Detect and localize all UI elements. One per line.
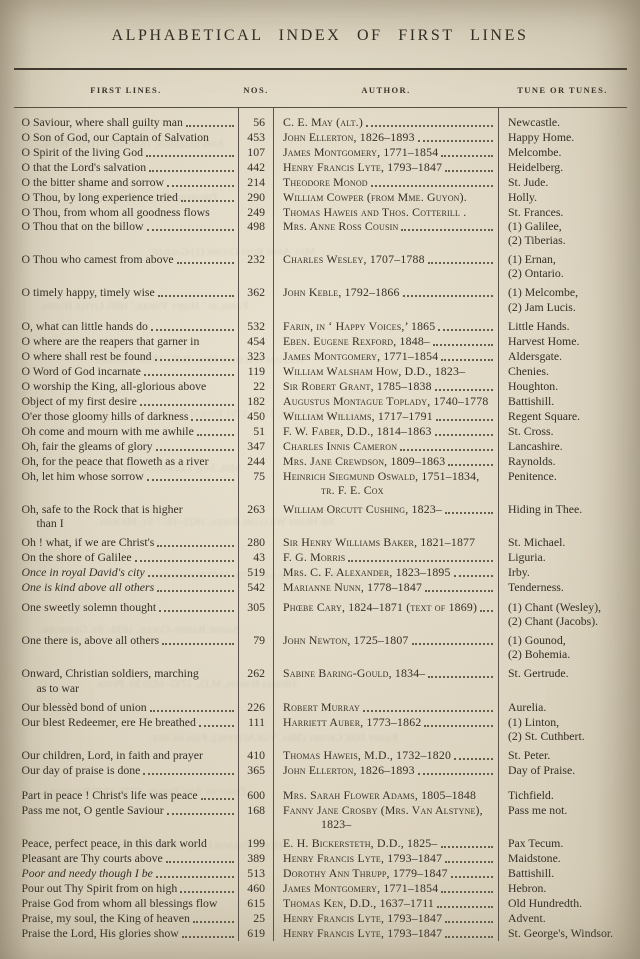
author-text: Robert Murray xyxy=(283,700,360,714)
author-cell: James Montgomery, 1771–1854 xyxy=(274,145,499,160)
leader-dots xyxy=(150,700,234,712)
first-line-cell: Once in royal David's city xyxy=(14,565,239,580)
index-row: One is kind above all others542Marianne … xyxy=(14,580,627,595)
hymn-number-cell: 323 xyxy=(239,349,274,364)
tune-name: (1) Galilee, xyxy=(508,219,627,233)
tune-name: Little Hands. xyxy=(508,319,627,333)
first-line-text: Oh, let him whose sorrow xyxy=(22,469,144,483)
tune-cell: St. Peter. xyxy=(499,743,627,763)
author-text: Harriett Auber, 1773–1862 xyxy=(283,715,421,729)
leader-dots xyxy=(445,160,493,172)
first-line-cell: O Son of God, our Captain of Salvation xyxy=(14,130,239,145)
tune-cell: Irby. xyxy=(499,565,627,580)
author-cell: William Williams, 1717–1791 xyxy=(274,409,499,424)
tune-cell: Tichfield. xyxy=(499,778,627,803)
leader-dots xyxy=(166,851,234,863)
hymn-number-cell: 600 xyxy=(239,778,274,803)
author-cell: Farin, in ‘ Happy Voices,’ 1865 xyxy=(274,314,499,334)
leader-dots xyxy=(451,866,493,878)
hymn-number-cell: 56 xyxy=(239,108,274,131)
first-line-cell: O Saviour, where shall guilty man xyxy=(14,108,239,131)
hymn-number-cell: 410 xyxy=(239,743,274,763)
index-row: Oh come and mourn with me awhile51F. W. … xyxy=(14,424,627,439)
first-line-text: Our day of praise is done xyxy=(22,763,141,777)
author-cell: Thomas Haweis and Thos. Cotterill . xyxy=(274,205,499,219)
index-row: O'er those gloomy hills of darkness450Wi… xyxy=(14,409,627,424)
first-line-text: O Word of God incarnate xyxy=(22,364,141,378)
tune-name: (2) Bohemia. xyxy=(508,647,627,661)
leader-dots xyxy=(149,160,234,172)
tune-name: St. Peter. xyxy=(508,748,627,762)
first-line-cell: O Thou that on the billow xyxy=(14,219,239,247)
first-line-cell: Oh ! what, if we are Christ's xyxy=(14,530,239,550)
tune-name: Tenderness. xyxy=(508,580,627,594)
author-text: Charles Innis Cameron xyxy=(283,439,397,453)
leader-dots xyxy=(151,319,234,331)
index-row: One there is, above all others79John New… xyxy=(14,628,627,661)
index-row: Once in royal David's city519Mrs. C. F. … xyxy=(14,565,627,580)
author-cell: Augustus Montague Toplady, 1740–1778 xyxy=(274,394,499,409)
author-cell: John Ellerton, 1826–1893 xyxy=(274,130,499,145)
leader-dots xyxy=(400,439,493,451)
first-line-text: On the shore of Galilee xyxy=(22,550,132,564)
leader-dots xyxy=(186,115,234,127)
author-text: F. G. Morris xyxy=(283,550,345,564)
index-row: O where are the reapers that garner in45… xyxy=(14,334,627,349)
author-cell: James Montgomery, 1771–1854 xyxy=(274,349,499,364)
hymn-number-cell: 454 xyxy=(239,334,274,349)
tune-cell: Aldersgate. xyxy=(499,349,627,364)
author-cell: John Newton, 1725–1807 xyxy=(274,628,499,661)
tune-name: Aurelia. xyxy=(508,700,627,714)
hymn-number-cell: 450 xyxy=(239,409,274,424)
column-header-author: AUTHOR. xyxy=(274,69,499,108)
tune-name: Old Hundredth. xyxy=(508,896,627,910)
first-line-text: Oh ! what, if we are Christ's xyxy=(22,535,155,549)
tune-cell: St. George's, Windsor. xyxy=(499,926,627,941)
tune-cell: Battishill. xyxy=(499,394,627,409)
leader-dots xyxy=(180,881,234,893)
tune-name: Pass me not. xyxy=(508,803,627,817)
author-text: William Williams, 1717–1791 xyxy=(283,409,433,423)
leader-dots xyxy=(181,190,234,202)
column-header-first-lines: FIRST LINES. xyxy=(14,69,239,108)
index-row: O Thou that on the billow498Mrs. Anne Ro… xyxy=(14,219,627,247)
author-text: John Ellerton, 1826–1893 xyxy=(283,763,415,777)
author-cell: John Ellerton, 1826–1893 xyxy=(274,763,499,778)
tune-name: Battishill. xyxy=(508,394,627,408)
first-line-cell: Poor and needy though I be xyxy=(14,866,239,881)
first-line-cell: Our blessèd bond of union xyxy=(14,695,239,715)
index-row: O Thou, from whom all goodness flows249T… xyxy=(14,205,627,219)
index-row: O timely happy, timely wise362John Keble… xyxy=(14,280,627,313)
index-row: Our day of praise is done365John Ellerto… xyxy=(14,763,627,778)
hymn-number-cell: 532 xyxy=(239,314,274,334)
first-line-cell: Praise the Lord, His glories show xyxy=(14,926,239,941)
author-cell: John Keble, 1792–1866 xyxy=(274,280,499,313)
leader-dots xyxy=(197,424,234,436)
author-cell: Thomas Ken, D.D., 1637–1711 xyxy=(274,896,499,911)
author-text: Fanny Jane Crosby (Mrs. Van Alstyne), xyxy=(283,803,483,817)
author-cell: Mrs. Jane Crewdson, 1809–1863 xyxy=(274,454,499,469)
header-row: FIRST LINES. NOS. AUTHOR. TUNE OR TUNES. xyxy=(14,69,627,108)
author-text: Henry Francis Lyte, 1793–1847 xyxy=(283,911,442,925)
first-line-cell: Our blest Redeemer, ere He breathed xyxy=(14,715,239,743)
first-line-cell: Oh, safe to the Rock that is higherthan … xyxy=(14,497,239,530)
author-text: Thomas Haweis and Thos. Cotterill . xyxy=(283,205,466,219)
index-row: O Saviour, where shall guilty man56C. E.… xyxy=(14,108,627,131)
first-line-text: Object of my first desire xyxy=(22,394,137,408)
index-row: Part in peace ! Christ's life was peace6… xyxy=(14,778,627,803)
tune-name: Regent Square. xyxy=(508,409,627,423)
first-line-text: O where are the reapers that garner in xyxy=(22,334,200,348)
tune-name: Raynolds. xyxy=(508,454,627,468)
first-line-text: O Spirit of the living God xyxy=(22,145,144,159)
tune-name: (2) St. Cuthbert. xyxy=(508,729,627,743)
author-cell: Mrs. Anne Ross Cousin xyxy=(274,219,499,247)
leader-dots xyxy=(201,788,234,800)
hymn-number-cell: 168 xyxy=(239,803,274,831)
author-cell: Robert Murray xyxy=(274,695,499,715)
leader-dots xyxy=(435,379,493,391)
author-text: Charles Wesley, 1707–1788 xyxy=(283,252,425,266)
leader-dots xyxy=(445,926,493,938)
index-table-body: O Saviour, where shall guilty man56C. E.… xyxy=(14,108,627,941)
tune-cell: Maidstone. xyxy=(499,851,627,866)
first-line-cell: One sweetly solemn thought xyxy=(14,595,239,628)
index-row: Oh, let him whose sorrow75Heinrich Siegm… xyxy=(14,469,627,497)
first-line-text: Praise the Lord, His glories show xyxy=(22,926,179,940)
tune-name: St. Cross. xyxy=(508,424,627,438)
leader-dots xyxy=(162,633,234,645)
leader-dots xyxy=(363,700,493,712)
tune-name: Lancashire. xyxy=(508,439,627,453)
index-row: O Spirit of the living God107James Montg… xyxy=(14,145,627,160)
first-line-text: Part in peace ! Christ's life was peace xyxy=(22,788,198,802)
first-line-cell: Praise, my soul, the King of heaven xyxy=(14,911,239,926)
author-text: Augustus Montague Toplady, 1740–1778 xyxy=(283,394,488,408)
first-line-cell: Oh, for the peace that floweth as a rive… xyxy=(14,454,239,469)
hymn-number-cell: 25 xyxy=(239,911,274,926)
author-text: Sabine Baring-Gould, 1834– xyxy=(283,666,425,680)
leader-dots xyxy=(177,252,234,264)
first-line-text: O'er those gloomy hills of darkness xyxy=(22,409,189,423)
author-text: Mrs. C. F. Alexander, 1823–1895 xyxy=(283,565,451,579)
tune-cell: St. Michael. xyxy=(499,530,627,550)
tune-name: Holly. xyxy=(508,190,627,204)
tune-name: (2) Tiberias. xyxy=(508,233,627,247)
tune-cell: Chenies. xyxy=(499,364,627,379)
leader-dots xyxy=(480,600,493,612)
index-row: O Thou, by long experience tried290Willi… xyxy=(14,190,627,205)
hymn-number-cell: 262 xyxy=(239,661,274,694)
hymn-number-cell: 365 xyxy=(239,763,274,778)
leader-dots xyxy=(428,252,493,264)
first-line-text: Our blessèd bond of union xyxy=(22,700,147,714)
first-line-cell: On the shore of Galilee xyxy=(14,550,239,565)
tune-name: Penitence. xyxy=(508,469,627,483)
tune-name: Melcombe. xyxy=(508,145,627,159)
leader-dots xyxy=(140,394,234,406)
hymn-number-cell: 347 xyxy=(239,439,274,454)
first-line-cell: O timely happy, timely wise xyxy=(14,280,239,313)
first-line-cell: Oh come and mourn with me awhile xyxy=(14,424,239,439)
first-line-text: Once in royal David's city xyxy=(22,565,145,579)
author-cell: F. G. Morris xyxy=(274,550,499,565)
first-line-text: Pleasant are Thy courts above xyxy=(22,851,163,865)
index-row: Oh, safe to the Rock that is higherthan … xyxy=(14,497,627,530)
tune-cell: Happy Home. xyxy=(499,130,627,145)
tune-cell: Advent. xyxy=(499,911,627,926)
leader-dots xyxy=(157,535,234,547)
tune-name: Hiding in Thee. xyxy=(508,502,627,516)
hymn-number-cell: 442 xyxy=(239,160,274,175)
tune-cell: Melcombe. xyxy=(499,145,627,160)
hymn-number-cell: 226 xyxy=(239,695,274,715)
index-row: O where shall rest be found323James Mont… xyxy=(14,349,627,364)
tune-name: (1) Ernan, xyxy=(508,252,627,266)
tune-cell: Day of Praise. xyxy=(499,763,627,778)
hymn-number-cell: 453 xyxy=(239,130,274,145)
leader-dots xyxy=(433,334,493,346)
index-row: Our blessèd bond of union226Robert Murra… xyxy=(14,695,627,715)
leader-dots xyxy=(167,175,234,187)
hymn-number-cell: 79 xyxy=(239,628,274,661)
index-row: O the bitter shame and sorrow214Theodore… xyxy=(14,175,627,190)
tune-name: (2) Chant (Jacobs). xyxy=(508,614,627,628)
first-line-text: Praise God from whom all blessings flow xyxy=(22,896,218,910)
first-line-text: Pass me not, O gentle Saviour xyxy=(22,803,164,817)
index-row: Onward, Christian soldiers, marchingas t… xyxy=(14,661,627,694)
first-line-cell: Object of my first desire xyxy=(14,394,239,409)
first-line-cell: O Thou, by long experience tried xyxy=(14,190,239,205)
leader-dots xyxy=(448,454,493,466)
first-line-cell: Onward, Christian soldiers, marchingas t… xyxy=(14,661,239,694)
first-line-cell: Praise God from whom all blessings flow xyxy=(14,896,239,911)
leader-dots xyxy=(441,145,493,157)
leader-dots xyxy=(199,715,234,727)
author-text: William Walsham How, D.D., 1823– xyxy=(283,364,465,378)
tune-name: (1) Linton, xyxy=(508,715,627,729)
tune-cell: Hiding in Thee. xyxy=(499,497,627,530)
tune-name: Battishill. xyxy=(508,866,627,880)
first-line-cell: O the bitter shame and sorrow xyxy=(14,175,239,190)
tune-cell: (1) Melcombe,(2) Jam Lucis. xyxy=(499,280,627,313)
hymn-number-cell: 119 xyxy=(239,364,274,379)
index-row: Praise, my soul, the King of heaven25Hen… xyxy=(14,911,627,926)
leader-dots xyxy=(156,439,234,451)
author-continuation: tr. F. E. Cox xyxy=(283,483,494,497)
hymn-number-cell: 542 xyxy=(239,580,274,595)
tune-cell: Lancashire. xyxy=(499,439,627,454)
author-text: C. E. May (alt.) xyxy=(283,115,363,129)
tune-name: Day of Praise. xyxy=(508,763,627,777)
tune-name: Newcastle. xyxy=(508,115,627,129)
author-cell: James Montgomery, 1771–1854 xyxy=(274,881,499,896)
author-text: John Newton, 1725–1807 xyxy=(283,633,409,647)
index-row: O Thou who camest from above232Charles W… xyxy=(14,247,627,280)
first-line-text: Onward, Christian soldiers, marching xyxy=(22,666,199,680)
tune-name: St. Frances. xyxy=(508,205,627,219)
index-table: FIRST LINES. NOS. AUTHOR. TUNE OR TUNES.… xyxy=(14,68,627,941)
author-cell: Henry Francis Lyte, 1793–1847 xyxy=(274,926,499,941)
hymn-number-cell: 214 xyxy=(239,175,274,190)
author-cell: Mrs. C. F. Alexander, 1823–1895 xyxy=(274,565,499,580)
hymn-number-cell: 513 xyxy=(239,866,274,881)
index-row: Our children, Lord, in faith and prayer4… xyxy=(14,743,627,763)
tune-cell: St. Cross. xyxy=(499,424,627,439)
first-line-text: One there is, above all others xyxy=(22,633,160,647)
hymn-number-cell: 389 xyxy=(239,851,274,866)
tune-name: St. Gertrude. xyxy=(508,666,627,680)
hymn-number-cell: 498 xyxy=(239,219,274,247)
leader-dots xyxy=(147,469,234,481)
author-text: Mrs. Sarah Flower Adams, 1805–1848 xyxy=(283,788,476,802)
author-cell: E. H. Bickersteth, D.D., 1825– xyxy=(274,831,499,851)
hymn-number-cell: 305 xyxy=(239,595,274,628)
tune-cell: Holly. xyxy=(499,190,627,205)
leader-dots xyxy=(436,409,493,421)
index-row: O Son of God, our Captain of Salvation45… xyxy=(14,130,627,145)
tune-cell: Tenderness. xyxy=(499,580,627,595)
author-text: Thomas Haweis, M.D., 1732–1820 xyxy=(283,748,451,762)
tune-cell: Harvest Home. xyxy=(499,334,627,349)
leader-dots xyxy=(143,763,234,775)
author-text: Farin, in ‘ Happy Voices,’ 1865 xyxy=(283,319,435,333)
index-row: Oh ! what, if we are Christ's280Sir Henr… xyxy=(14,530,627,550)
first-line-cell: Pour out Thy Spirit from on high xyxy=(14,881,239,896)
tune-cell: Raynolds. xyxy=(499,454,627,469)
tune-cell: Old Hundredth. xyxy=(499,896,627,911)
author-cell: Theodore Monod xyxy=(274,175,499,190)
author-text: Mrs. Jane Crewdson, 1809–1863 xyxy=(283,454,445,468)
leader-dots xyxy=(348,550,493,562)
tune-name: Pax Tecum. xyxy=(508,836,627,850)
tune-name: (1) Gounod, xyxy=(508,633,627,647)
tune-cell: St. Jude. xyxy=(499,175,627,190)
first-line-text: O worship the King, all-glorious above xyxy=(22,379,207,393)
first-line-text: Oh, safe to the Rock that is higher xyxy=(22,502,183,516)
leader-dots xyxy=(445,911,493,923)
author-text: Sir Robert Grant, 1785–1838 xyxy=(283,379,432,393)
leader-dots xyxy=(157,580,234,592)
author-text: Mrs. Anne Ross Cousin xyxy=(283,219,398,233)
leader-dots xyxy=(438,319,493,331)
tune-cell: (1) Ernan,(2) Ontario. xyxy=(499,247,627,280)
tune-name: St. Jude. xyxy=(508,175,627,189)
first-line-cell: O Thou, from whom all goodness flows xyxy=(14,205,239,219)
author-text: E. H. Bickersteth, D.D., 1825– xyxy=(283,836,438,850)
tune-name: (1) Melcombe, xyxy=(508,285,627,299)
index-row: Object of my first desire182Augustus Mon… xyxy=(14,394,627,409)
leader-dots xyxy=(148,565,234,577)
first-line-text: O Thou who camest from above xyxy=(22,252,174,266)
first-line-text: Oh, for the peace that floweth as a rive… xyxy=(22,454,209,468)
first-line-cell: Our children, Lord, in faith and prayer xyxy=(14,743,239,763)
first-line-text: Oh, fair the gleams of glory xyxy=(22,439,153,453)
first-line-text: O Thou, from whom all goodness flows xyxy=(22,205,210,219)
tune-name: Happy Home. xyxy=(508,130,627,144)
leader-dots xyxy=(437,896,493,908)
leader-dots xyxy=(403,285,493,297)
tune-cell: Newcastle. xyxy=(499,108,627,131)
leader-dots xyxy=(146,145,234,157)
hymn-number-cell: 249 xyxy=(239,205,274,219)
leader-dots xyxy=(147,219,234,231)
leader-dots xyxy=(418,763,493,775)
first-line-text: O Thou, by long experience tried xyxy=(22,190,178,204)
tune-cell: Penitence. xyxy=(499,469,627,497)
tune-cell: Hebron. xyxy=(499,881,627,896)
leader-dots xyxy=(412,633,493,645)
tune-cell: Aurelia. xyxy=(499,695,627,715)
leader-dots xyxy=(191,409,234,421)
hymn-number-cell: 460 xyxy=(239,881,274,896)
tune-cell: (1) Galilee,(2) Tiberias. xyxy=(499,219,627,247)
author-cell: Henry Francis Lyte, 1793–1847 xyxy=(274,911,499,926)
first-line-text: Oh come and mourn with me awhile xyxy=(22,424,194,438)
tune-cell: St. Frances. xyxy=(499,205,627,219)
author-text: Theodore Monod xyxy=(283,175,368,189)
first-line-text: O where shall rest be found xyxy=(22,349,152,363)
hymn-number-cell: 619 xyxy=(239,926,274,941)
first-line-text: Peace, perfect peace, in this dark world xyxy=(22,836,207,850)
author-continuation: 1823– xyxy=(283,817,494,831)
leader-dots xyxy=(159,600,234,612)
tune-name: St. George's, Windsor. xyxy=(508,926,627,940)
hymn-number-cell: 111 xyxy=(239,715,274,743)
first-line-cell: Our day of praise is done xyxy=(14,763,239,778)
author-text: Phœbe Cary, 1824–1871 (text of 1869) xyxy=(283,600,477,614)
leader-dots xyxy=(425,580,493,592)
author-cell: F. W. Faber, D.D., 1814–1863 xyxy=(274,424,499,439)
tune-cell: Pass me not. xyxy=(499,803,627,831)
tune-cell: (1) Linton,(2) St. Cuthbert. xyxy=(499,715,627,743)
author-cell: Mrs. Sarah Flower Adams, 1805–1848 xyxy=(274,778,499,803)
author-text: James Montgomery, 1771–1854 xyxy=(283,881,438,895)
index-row: O worship the King, all-glorious above22… xyxy=(14,379,627,394)
leader-dots xyxy=(167,803,234,815)
leader-dots xyxy=(182,926,234,938)
first-line-cell: Oh, fair the gleams of glory xyxy=(14,439,239,454)
index-row: Poor and needy though I be513Dorothy Ann… xyxy=(14,866,627,881)
index-row: Oh, for the peace that floweth as a rive… xyxy=(14,454,627,469)
leader-dots xyxy=(156,866,234,878)
first-line-text: One sweetly solemn thought xyxy=(22,600,157,614)
first-line-cell: O Spirit of the living God xyxy=(14,145,239,160)
hymn-number-cell: 263 xyxy=(239,497,274,530)
tune-cell: Battishill. xyxy=(499,866,627,881)
author-text: Heinrich Siegmund Oswald, 1751–1834, xyxy=(283,469,479,483)
first-line-cell: O'er those gloomy hills of darkness xyxy=(14,409,239,424)
tune-name: Houghton. xyxy=(508,379,627,393)
leader-dots xyxy=(435,424,493,436)
author-cell: Sir Henry Williams Baker, 1821–1877 xyxy=(274,530,499,550)
first-line-cell: Peace, perfect peace, in this dark world xyxy=(14,831,239,851)
first-line-text: One is kind above all others xyxy=(22,580,155,594)
hymn-number-cell: 519 xyxy=(239,565,274,580)
leader-dots xyxy=(371,175,493,187)
tune-name: St. Michael. xyxy=(508,535,627,549)
tune-name: Hebron. xyxy=(508,881,627,895)
first-line-text: Our blest Redeemer, ere He breathed xyxy=(22,715,196,729)
leader-dots xyxy=(418,130,493,142)
author-text: Sir Henry Williams Baker, 1821–1877 xyxy=(283,535,475,549)
first-line-text: O Saviour, where shall guilty man xyxy=(22,115,183,129)
author-text: Eben. Eugene Rexford, 1848– xyxy=(283,334,430,348)
leader-dots xyxy=(158,285,234,297)
first-line-cell: O where shall rest be found xyxy=(14,349,239,364)
